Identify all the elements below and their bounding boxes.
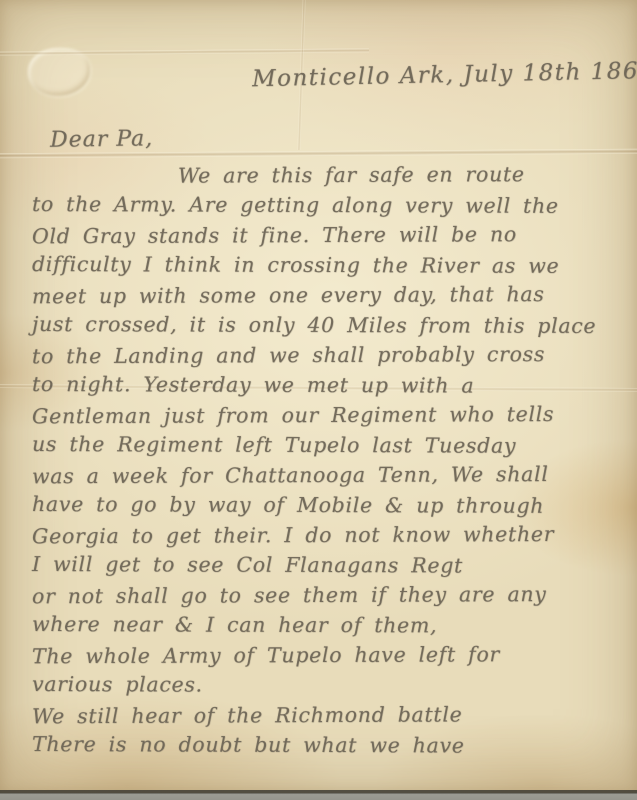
scanner-bed-edge: [0, 790, 637, 800]
letter-page: Monticello Ark, July 18th 1862 Dear Pa, …: [0, 0, 637, 793]
letter-salutation: Dear Pa,: [50, 126, 154, 152]
letter-line: or not shall go to see them if they are …: [32, 579, 620, 612]
scanned-letter-image: Monticello Ark, July 18th 1862 Dear Pa, …: [0, 0, 637, 800]
letter-line: We still hear of the Richmond battle: [32, 699, 620, 732]
letter-line: Old Gray stands it fine. There will be n…: [32, 219, 620, 252]
letter-line: The whole Army of Tupelo have left for: [32, 639, 620, 672]
embossed-seal-mark: [28, 48, 90, 96]
letter-dateline: Monticello Ark, July 18th 1862: [252, 58, 637, 92]
letter-line: to night. Yesterday we met up with a: [32, 369, 620, 401]
letter-line: us the Regiment left Tupelo last Tuesday: [32, 429, 620, 461]
letter-line: We are this far safe en route: [32, 159, 620, 192]
letter-line: Gentleman just from our Regiment who tel…: [32, 399, 620, 432]
letter-body: We are this far safe en routeto the Army…: [32, 160, 620, 760]
letter-line: I will get to see Col Flanagans Regt: [32, 549, 620, 581]
letter-line: to the Army. Are getting along very well…: [32, 189, 620, 221]
letter-line: to the Landing and we shall probably cro…: [32, 339, 620, 372]
letter-line: There is no doubt but what we have: [32, 729, 620, 761]
letter-line: meet up with some one every day, that ha…: [32, 279, 620, 312]
letter-line: Georgia to get their. I do not know whet…: [32, 519, 620, 552]
letter-line: various places.: [32, 669, 620, 701]
letter-line: difficulty I think in crossing the River…: [32, 249, 620, 281]
letter-line: was a week for Chattanooga Tenn, We shal…: [32, 459, 620, 492]
letter-line: just crossed, it is only 40 Miles from t…: [32, 309, 620, 341]
letter-line: where near & I can hear of them,: [32, 609, 620, 641]
letter-line: have to go by way of Mobile & up through: [32, 489, 620, 521]
